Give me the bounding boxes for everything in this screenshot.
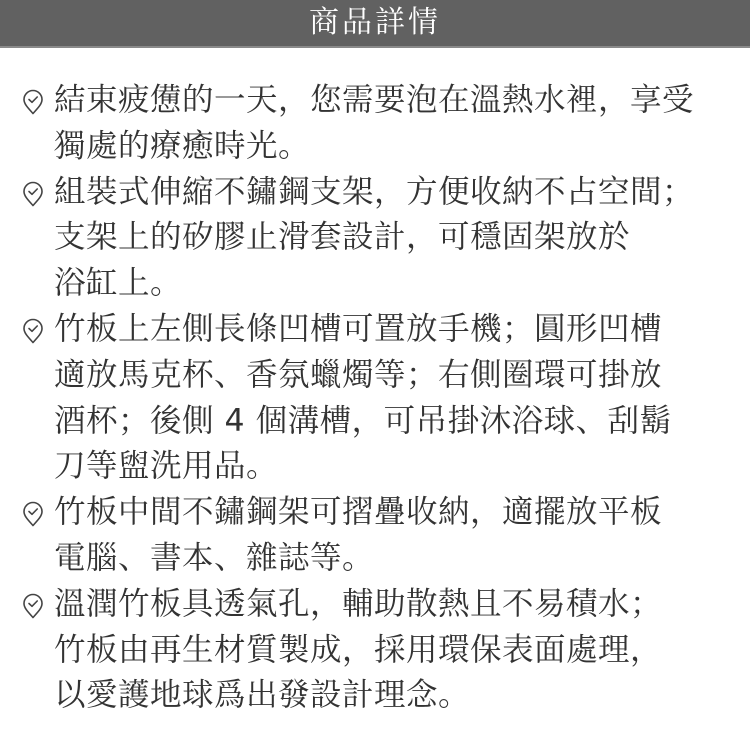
item-text-line: 電腦、書本、雜誌等。 xyxy=(54,536,730,582)
map-pin-check-icon xyxy=(22,318,44,344)
list-item: 溫潤竹板具透氣孔，輔助散熱且不易積水； 竹板由再生材質製成，採用環保表面處理， … xyxy=(22,582,730,719)
item-text-line: 刀等盥洗用品。 xyxy=(54,444,730,490)
list-item: 竹板中間不鏽鋼架可摺疊收納，適擺放平板 電腦、書本、雜誌等。 xyxy=(22,490,730,582)
item-text-line: 獨處的療癒時光。 xyxy=(54,124,730,170)
product-details-list: 結束疲憊的一天，您需要泡在溫熱水裡，享受 獨處的療癒時光。 組裝式伸縮不鏽鋼支架… xyxy=(0,48,750,719)
header-title: 商品詳情 xyxy=(309,8,441,38)
item-text-line: 溫潤竹板具透氣孔，輔助散熱且不易積水； xyxy=(54,582,730,628)
item-text-line: 以愛護地球爲出發設計理念。 xyxy=(54,673,730,719)
page-header: 商品詳情 xyxy=(0,0,750,48)
list-item: 竹板上左側長條凹槽可置放手機；圓形凹槽 適放馬克杯、香氛蠟燭等；右側圈環可掛放 … xyxy=(22,307,730,490)
list-item: 組裝式伸縮不鏽鋼支架，方便收納不占空間； 支架上的矽膠止滑套設計，可穩固架放於 … xyxy=(22,170,730,307)
map-pin-check-icon xyxy=(22,89,44,115)
map-pin-check-icon xyxy=(22,593,44,619)
item-text-line: 竹板由再生材質製成，採用環保表面處理， xyxy=(54,628,730,674)
list-item: 結束疲憊的一天，您需要泡在溫熱水裡，享受 獨處的療癒時光。 xyxy=(22,78,730,170)
item-text-line: 竹板中間不鏽鋼架可摺疊收納，適擺放平板 xyxy=(54,490,730,536)
item-text-line: 組裝式伸縮不鏽鋼支架，方便收納不占空間； xyxy=(54,170,730,216)
map-pin-check-icon xyxy=(22,501,44,527)
item-text-line: 酒杯；後側 4 個溝槽，可吊掛沐浴球、刮鬍 xyxy=(54,399,730,445)
item-text-line: 支架上的矽膠止滑套設計，可穩固架放於 xyxy=(54,215,730,261)
item-text-line: 竹板上左側長條凹槽可置放手機；圓形凹槽 xyxy=(54,307,730,353)
map-pin-check-icon xyxy=(22,181,44,207)
item-text-line: 結束疲憊的一天，您需要泡在溫熱水裡，享受 xyxy=(54,78,730,124)
item-text-line: 適放馬克杯、香氛蠟燭等；右側圈環可掛放 xyxy=(54,353,730,399)
item-text-line: 浴缸上。 xyxy=(54,261,730,307)
